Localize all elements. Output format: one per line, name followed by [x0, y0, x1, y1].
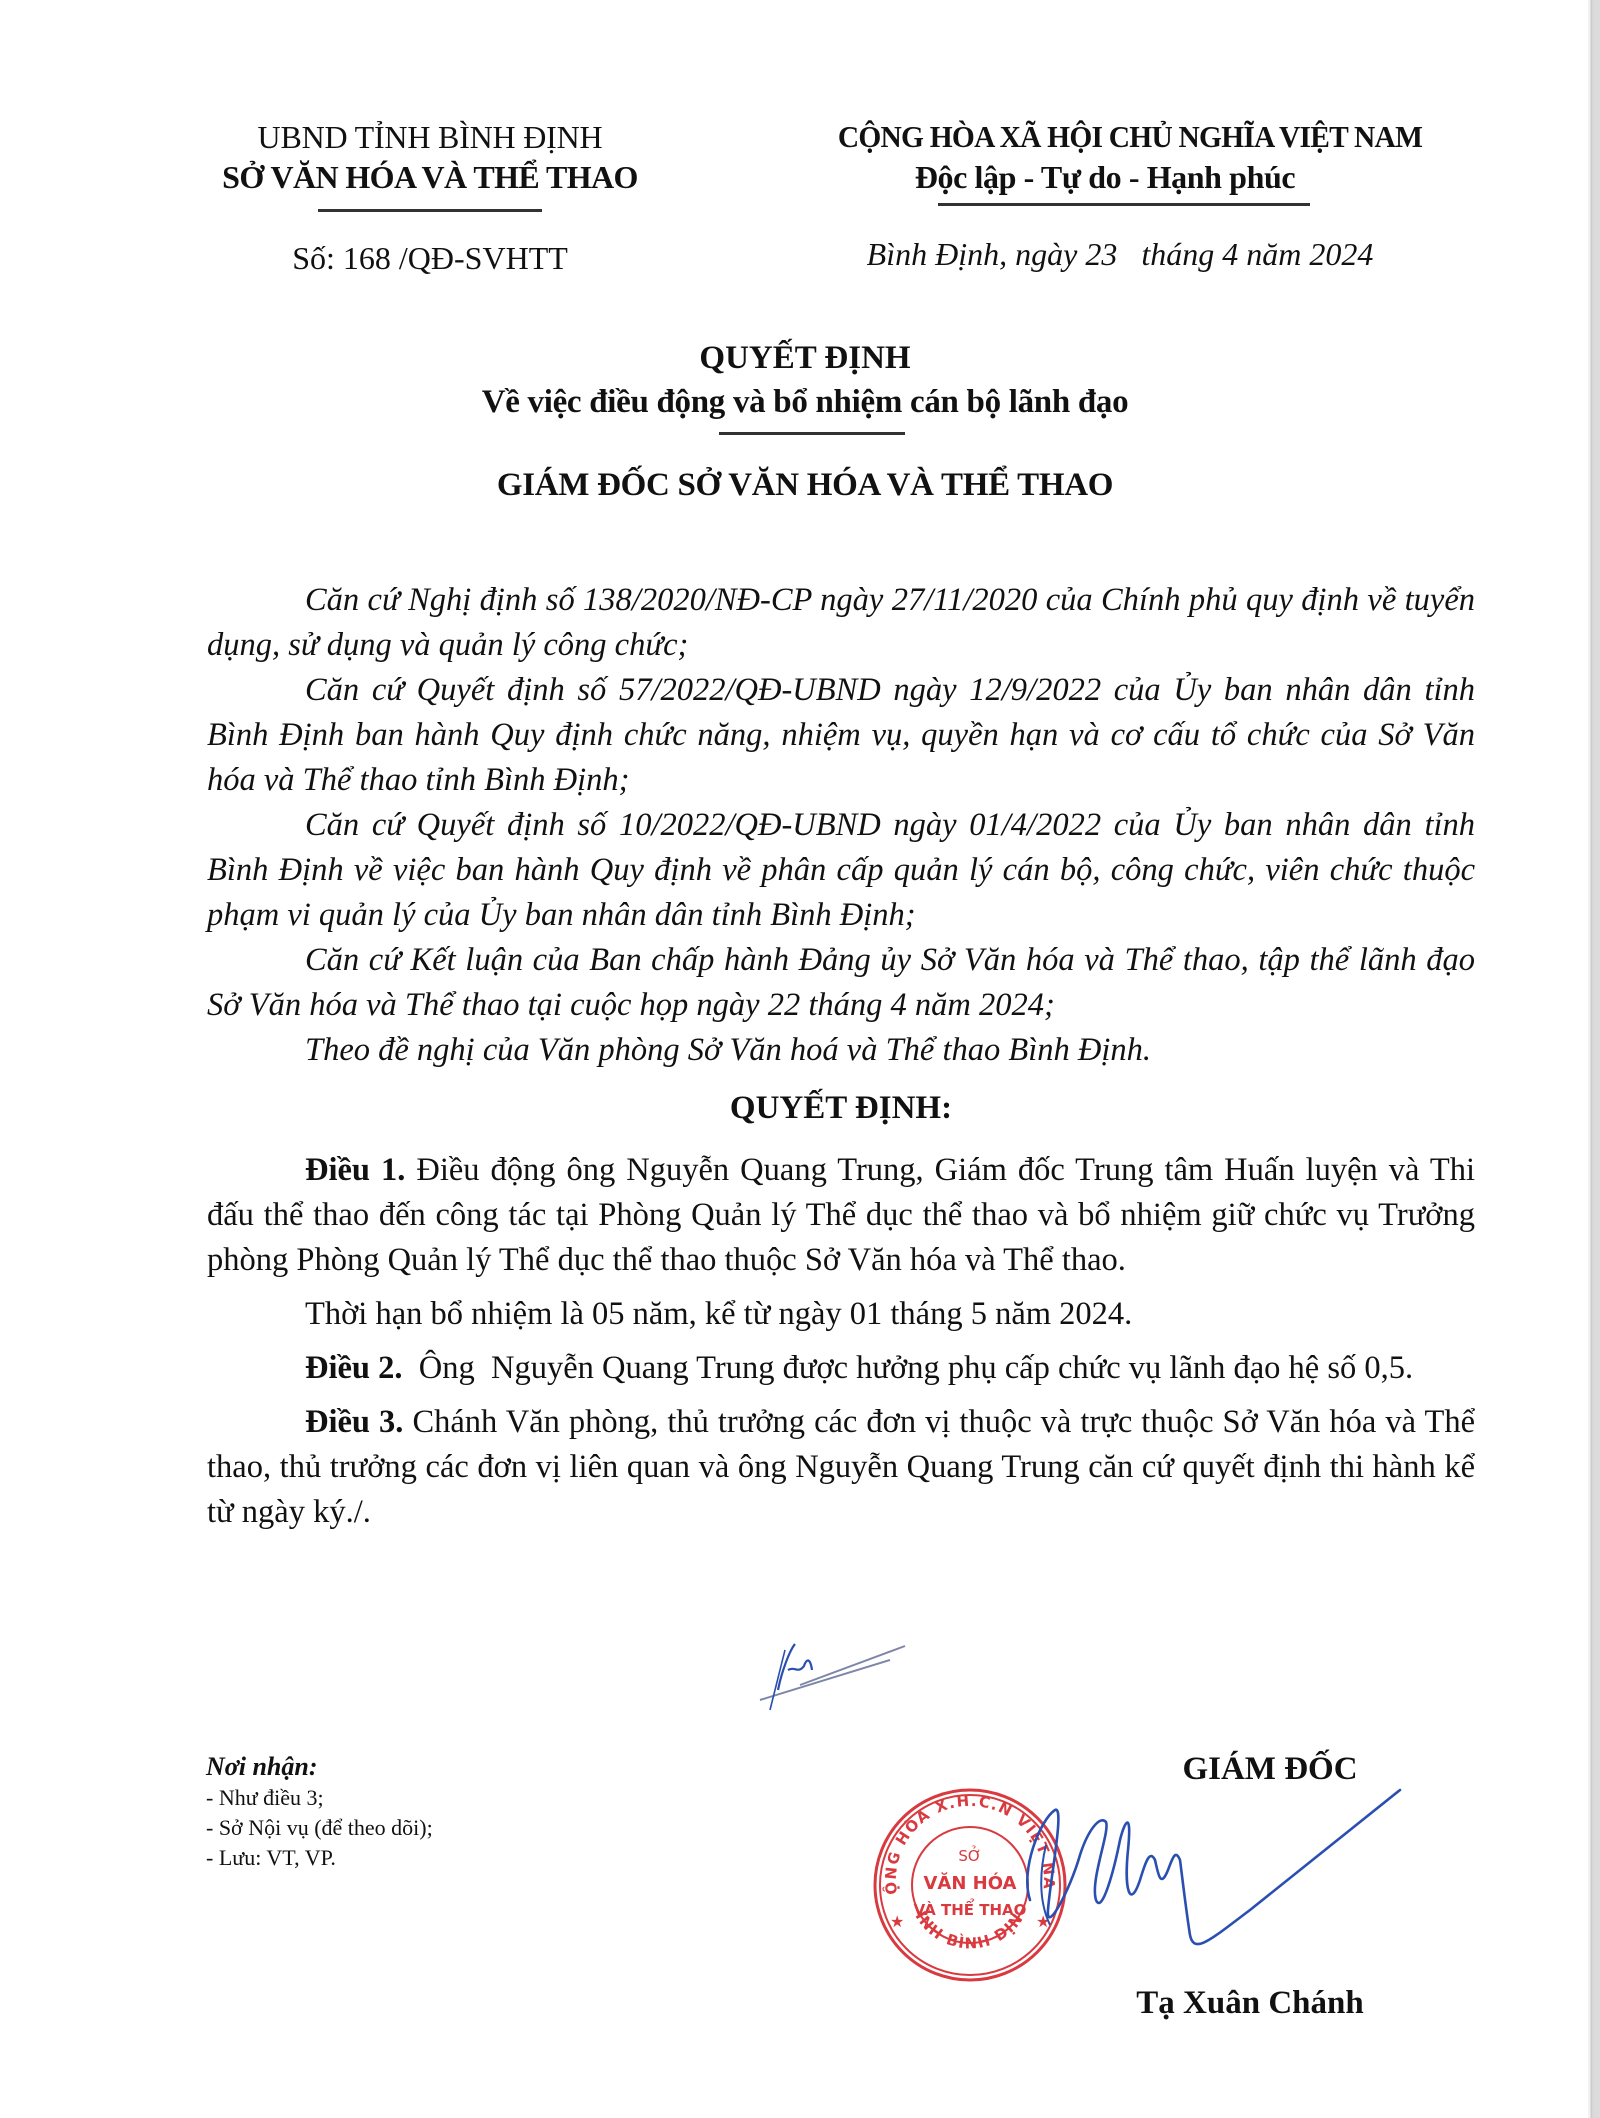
recipient-item: - Sở Nội vụ (để theo dõi);	[206, 1813, 706, 1843]
article-1: Điều 1. Điều động ông Nguyễn Quang Trung…	[207, 1148, 1475, 1283]
department-name: SỞ VĂN HÓA VÀ THỂ THAO	[200, 157, 660, 197]
preamble-item: Căn cứ Kết luận của Ban chấp hành Đảng ủ…	[207, 938, 1475, 1028]
recipient-item: - Lưu: VT, VP.	[206, 1843, 706, 1873]
article-label: Điều 1.	[305, 1152, 405, 1188]
recipient-item: - Như điều 3;	[206, 1783, 706, 1813]
authority-name: UBND TỈNH BÌNH ĐỊNH	[200, 117, 660, 157]
document-subject: Về việc điều động và bổ nhiệm cán bộ lãn…	[10, 380, 1600, 424]
national-heading-block: CỘNG HÒA XÃ HỘI CHỦ NGHĨA VIỆT NAM Độc l…	[780, 117, 1480, 274]
seal-star-icon: ★	[890, 1914, 904, 1931]
article-text: Ông Nguyễn Quang Trung được hưởng phụ cấ…	[403, 1350, 1414, 1386]
preamble-item: Căn cứ Nghị định số 138/2020/NĐ-CP ngày …	[207, 578, 1475, 668]
article-label: Điều 3.	[305, 1404, 403, 1440]
handwritten-signature-icon	[1010, 1760, 1410, 1980]
document-number: Số: 168 /QĐ-SVHTT	[200, 238, 660, 278]
article-3: Điều 3. Chánh Văn phòng, thủ trưởng các …	[207, 1400, 1475, 1535]
issuer-title: GIÁM ĐỐC SỞ VĂN HÓA VÀ THỂ THAO	[10, 463, 1600, 507]
initial-mark-icon	[740, 1630, 940, 1720]
place-and-date: Bình Định, ngày 23 tháng 4 năm 2024	[760, 234, 1480, 274]
preamble-item: Căn cứ Quyết định số 57/2022/QĐ-UBND ngà…	[207, 668, 1475, 803]
preamble-item: Căn cứ Quyết định số 10/2022/QĐ-UBND ngà…	[207, 803, 1475, 938]
recipients-heading: Nơi nhận:	[206, 1751, 706, 1783]
preamble-item: Theo đề nghị của Văn phòng Sở Văn hoá và…	[207, 1028, 1475, 1073]
signer-name: Tạ Xuân Chánh	[1070, 1983, 1430, 2023]
document-title-block: QUYẾT ĐỊNH Về việc điều động và bổ nhiệm…	[0, 336, 1600, 507]
department-underline	[318, 209, 542, 212]
recipients-block: Nơi nhận: - Như điều 3; - Sở Nội vụ (để …	[206, 1751, 706, 1873]
document-body: Căn cứ Nghị định số 138/2020/NĐ-CP ngày …	[207, 578, 1475, 1535]
decision-heading: QUYẾT ĐỊNH:	[207, 1086, 1475, 1130]
national-title: CỘNG HÒA XÃ HỘI CHỦ NGHĨA VIỆT NAM	[798, 117, 1463, 157]
article-label: Điều 2.	[305, 1350, 403, 1386]
subject-underline	[719, 432, 905, 435]
article-1-term: Thời hạn bổ nhiệm là 05 năm, kể từ ngày …	[207, 1292, 1475, 1337]
issuing-authority-block: UBND TỈNH BÌNH ĐỊNH SỞ VĂN HÓA VÀ THỂ TH…	[200, 117, 660, 278]
seal-inner-line1: SỞ	[958, 1845, 981, 1865]
motto-underline	[938, 203, 1310, 206]
article-2: Điều 2. Ông Nguyễn Quang Trung được hưởn…	[207, 1346, 1475, 1391]
national-motto: Độc lập - Tự do - Hạnh phúc	[730, 157, 1480, 197]
page-edge-shadow	[1588, 0, 1600, 2118]
document-type: QUYẾT ĐỊNH	[10, 336, 1600, 380]
seal-inner-line2: VĂN HÓA	[923, 1872, 1016, 1894]
